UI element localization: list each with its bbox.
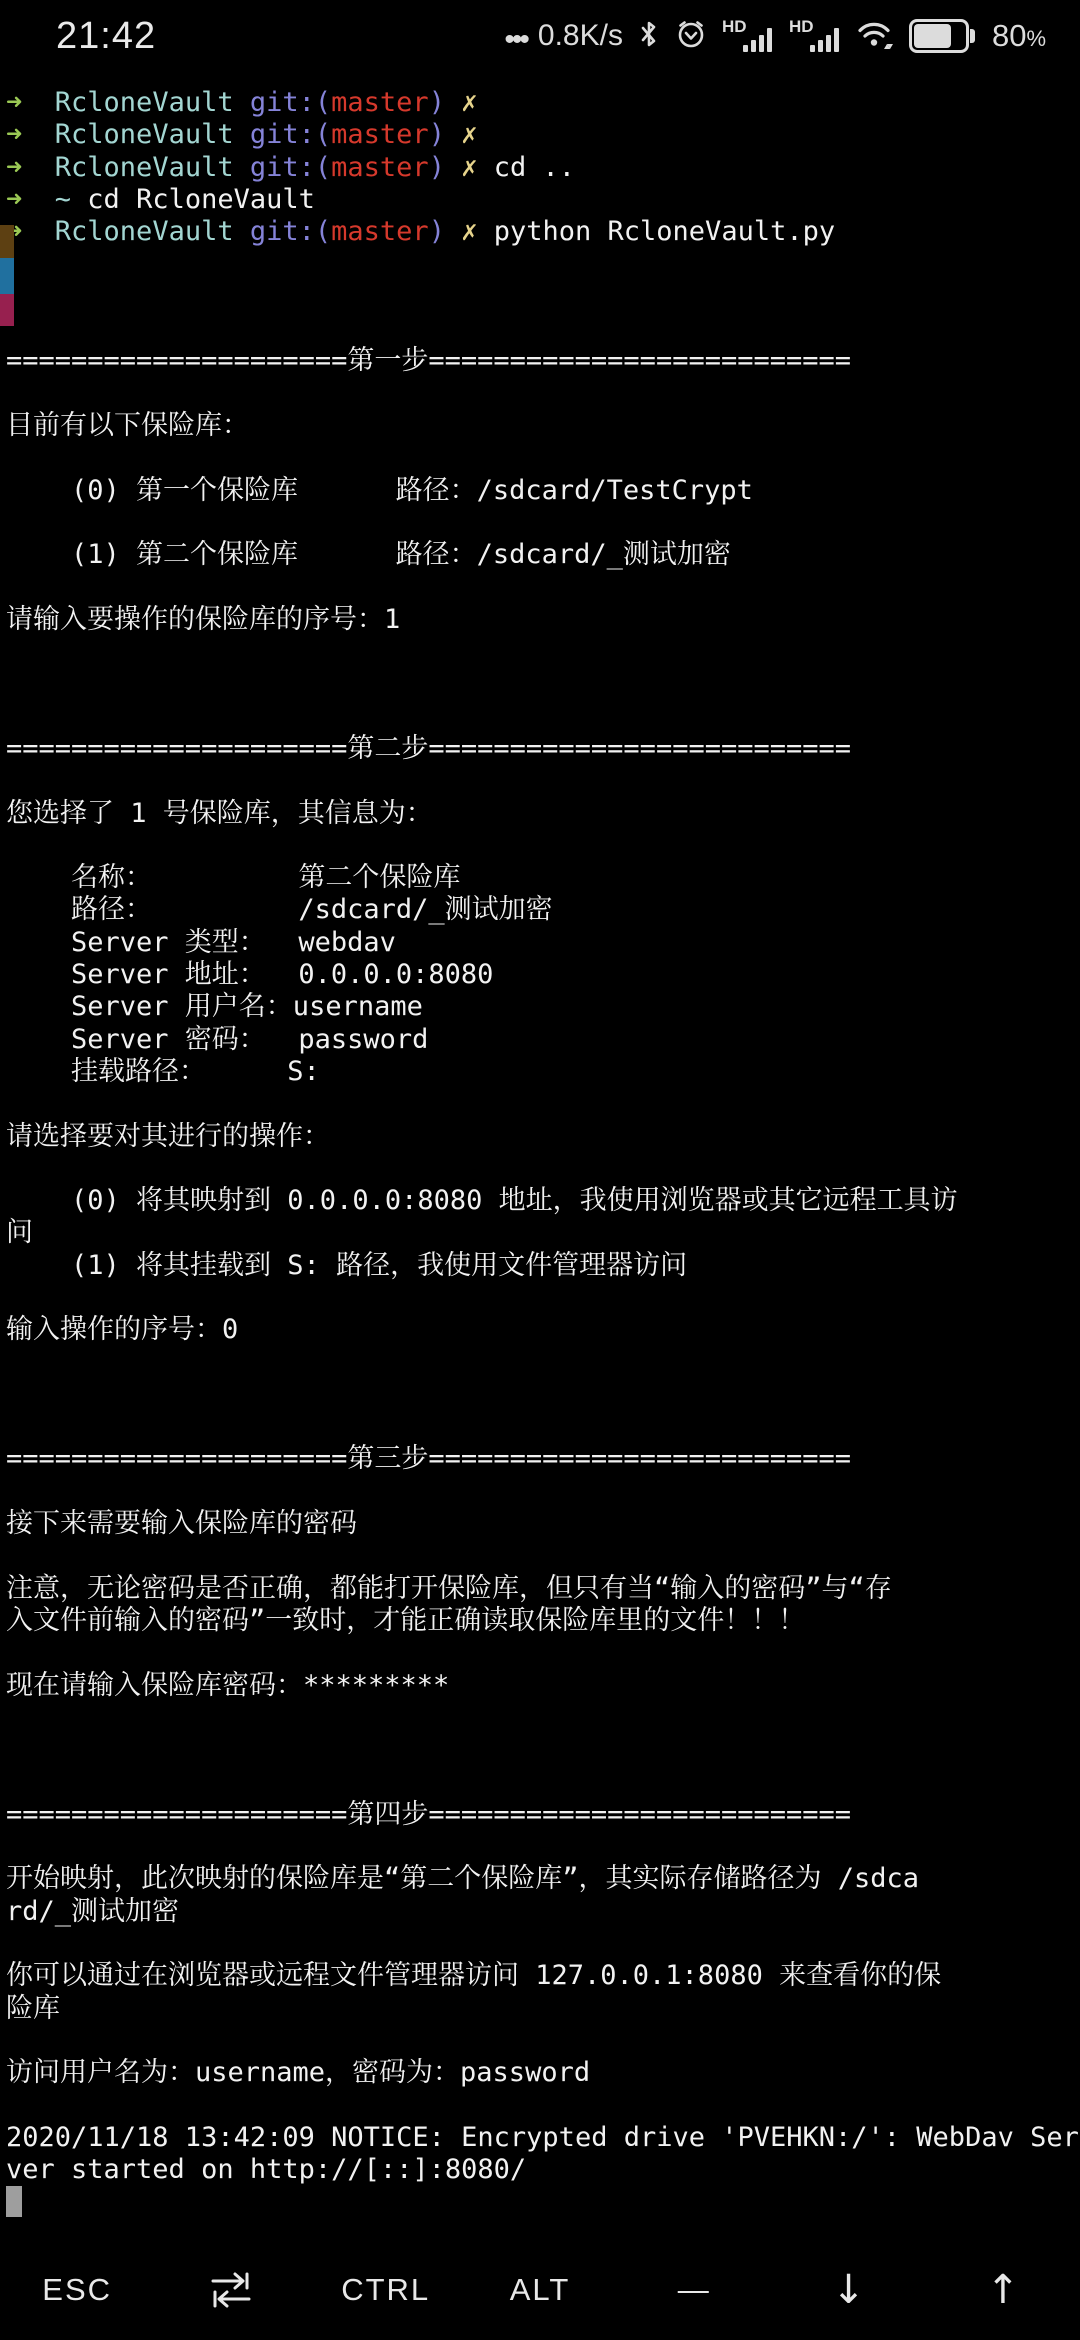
sim2-signal-icon: HD	[789, 18, 841, 54]
terminal-text-segment: ✗	[461, 216, 477, 247]
terminal-text-segment	[234, 152, 250, 183]
terminal-row: (1) 将其挂载到 S: 路径，我使用文件管理器访问	[6, 1250, 1080, 1282]
terminal-row: 请输入要操作的保险库的序号：1	[6, 604, 1080, 636]
terminal-text-segment: ✗	[461, 152, 477, 183]
terminal-row: 你可以通过在浏览器或远程文件管理器访问 127.0.0.1:8080 来查看你的…	[6, 1960, 1080, 1992]
esc-key[interactable]: ESC	[0, 2240, 154, 2340]
terminal-row	[6, 507, 1080, 539]
arrow-up-key[interactable]: ↑	[926, 2240, 1080, 2340]
terminal-row: 名称： 第二个保险库	[6, 862, 1080, 894]
terminal-row: Server 类型： webdav	[6, 927, 1080, 959]
terminal-row	[6, 1153, 1080, 1185]
terminal-text-segment: 请选择要对其进行的操作：	[6, 1121, 330, 1152]
terminal-text-segment: 请输入要操作的保险库的序号：1	[6, 604, 400, 635]
terminal-text-segment	[445, 152, 461, 183]
terminal-text-segment: 你可以通过在浏览器或远程文件管理器访问 127.0.0.1:8080 来查看你的…	[6, 1960, 941, 1991]
terminal-row	[6, 1411, 1080, 1443]
terminal-text-segment	[445, 87, 461, 118]
terminal-row: (0) 第一个保险库 路径：/sdcard/TestCrypt	[6, 475, 1080, 507]
terminal-text-segment: 挂载路径： S:	[6, 1056, 320, 1087]
terminal-row	[6, 1637, 1080, 1669]
terminal-text-segment: 开始映射，此次映射的保险库是“第二个保险库”，其实际存储路径为 /sdca	[6, 1863, 919, 1894]
terminal-text-segment: 现在请输入保险库密码：*********	[6, 1670, 449, 1701]
terminal-row: 接下来需要输入保险库的密码	[6, 1508, 1080, 1540]
terminal-text-segment: Server 密码： password	[6, 1024, 428, 1055]
tab-key[interactable]	[154, 2240, 308, 2340]
terminal-text-segment: =====================第二步================…	[6, 733, 851, 764]
terminal-row: (1) 第二个保险库 路径：/sdcard/_测试加密	[6, 539, 1080, 571]
terminal-row: ➜ RcloneVault git:(master) ✗	[6, 87, 1080, 119]
terminal-text-segment: 目前有以下保险库：	[6, 410, 249, 441]
terminal-text-segment: ✗	[461, 87, 477, 118]
terminal-text-segment: 访问用户名为：username，密码为：password	[6, 2057, 590, 2088]
terminal-text-segment: (1) 将其挂载到 S: 路径，我使用文件管理器访问	[6, 1250, 687, 1281]
terminal-row: ➜ ~ cd RcloneVault	[6, 184, 1080, 216]
terminal-text-segment	[22, 119, 55, 150]
terminal-row	[6, 1476, 1080, 1508]
sim1-signal-icon: HD	[722, 18, 774, 54]
terminal-text-segment: )	[429, 87, 445, 118]
alt-key[interactable]: ALT	[463, 2240, 617, 2340]
terminal-text-segment: git:(	[250, 119, 331, 150]
terminal-row	[6, 2089, 1080, 2121]
terminal-text-segment: )	[429, 152, 445, 183]
terminal-text-segment: ➜	[6, 87, 22, 118]
arrow-down-key[interactable]: ↓	[771, 2240, 925, 2340]
terminal-text-segment	[234, 87, 250, 118]
terminal-output: ➜ RcloneVault git:(master) ✗➜ RcloneVaul…	[0, 87, 1080, 2219]
terminal-row	[6, 765, 1080, 797]
terminal-row: 输入操作的序号：0	[6, 1314, 1080, 1346]
terminal-row: 挂载路径： S:	[6, 1056, 1080, 1088]
terminal-text-segment: 入文件前输入的密码”一致时，才能正确读取保险库里的文件！！！	[6, 1605, 805, 1636]
terminal-text-segment: (0) 第一个保险库 路径：/sdcard/TestCrypt	[6, 475, 753, 506]
ansi-color-bar	[0, 294, 14, 326]
terminal-row: 请选择要对其进行的操作：	[6, 1121, 1080, 1153]
dash-key[interactable]: —	[617, 2240, 771, 2340]
terminal-text-segment: =====================第四步================…	[6, 1799, 851, 1830]
terminal-text-segment: 注意，无论密码是否正确，都能打开保险库，但只有当“输入的密码”与“存	[6, 1573, 892, 1604]
battery-icon	[909, 19, 969, 53]
terminal-text-segment: 接下来需要输入保险库的密码	[6, 1508, 357, 1539]
status-time: 21:42	[56, 15, 156, 58]
terminal-row: 问	[6, 1217, 1080, 1249]
terminal-row	[6, 281, 1080, 313]
tab-arrows-icon	[206, 2269, 256, 2311]
phone-screen: 21:42 ••• 0.8K/s HD	[0, 0, 1080, 2340]
ansi-color-bar	[0, 225, 14, 258]
terminal-row	[6, 378, 1080, 410]
terminal-text-segment	[22, 184, 55, 215]
terminal-row: 您选择了 1 号保险库，其信息为：	[6, 798, 1080, 830]
terminal-row	[6, 830, 1080, 862]
terminal-row	[6, 1282, 1080, 1314]
terminal-text-segment: 输入操作的序号：0	[6, 1314, 238, 1345]
terminal-row	[6, 2025, 1080, 2057]
terminal-row: ver started on http://[::]:8080/	[6, 2154, 1080, 2186]
terminal-text-segment: Server 地址： 0.0.0.0:8080	[6, 959, 493, 990]
terminal-text-segment: 问	[6, 1217, 33, 1248]
network-speed: 0.8K/s	[538, 19, 623, 53]
wifi-icon	[856, 18, 894, 55]
terminal-text-segment: (0) 将其映射到 0.0.0.0:8080 地址，我使用浏览器或其它远程工具访	[6, 1185, 958, 1216]
terminal-text-segment: RcloneVault	[55, 119, 234, 150]
terminal-text-segment: master	[331, 87, 429, 118]
terminal-row	[6, 1734, 1080, 1766]
terminal-row	[6, 668, 1080, 700]
terminal-row: ➜ RcloneVault git:(master) ✗ python Rclo…	[6, 216, 1080, 248]
terminal-text-segment: ➜	[6, 152, 22, 183]
terminal-text-segment: rd/_测试加密	[6, 1896, 179, 1927]
terminal-text-segment	[22, 87, 55, 118]
terminal-text-segment: RcloneVault	[55, 87, 234, 118]
terminal-row: =====================第一步================…	[6, 345, 1080, 377]
terminal-text-segment: ✗	[461, 119, 477, 150]
terminal-row: Server 用户名：username	[6, 991, 1080, 1023]
terminal-text-segment: 名称： 第二个保险库	[6, 862, 460, 893]
terminal-row: rd/_测试加密	[6, 1896, 1080, 1928]
terminal-text-segment: RcloneVault	[55, 152, 234, 183]
terminal-row	[6, 313, 1080, 345]
terminal-row: Server 地址： 0.0.0.0:8080	[6, 959, 1080, 991]
terminal-text-segment: RcloneVault	[55, 216, 234, 247]
extra-keys-bar: ESC CTRL ALT — ↓ ↑	[0, 2240, 1080, 2340]
terminal-text-segment	[445, 119, 461, 150]
ctrl-key[interactable]: CTRL	[309, 2240, 463, 2340]
terminal-row	[6, 1088, 1080, 1120]
terminal-text-segment: master	[331, 216, 429, 247]
terminal-row: 入文件前输入的密码”一致时，才能正确读取保险库里的文件！！！	[6, 1605, 1080, 1637]
terminal-text-segment	[22, 216, 55, 247]
terminal-row: 路径： /sdcard/_测试加密	[6, 894, 1080, 926]
terminal-row	[6, 1766, 1080, 1798]
terminal-text-segment: )	[429, 119, 445, 150]
terminal-text-segment	[234, 216, 250, 247]
status-icons: ••• 0.8K/s HD	[504, 18, 1046, 55]
terminal-row: =====================第三步================…	[6, 1443, 1080, 1475]
terminal-text-segment: git:(	[250, 152, 331, 183]
terminal-row	[6, 1540, 1080, 1572]
terminal-row: 开始映射，此次映射的保险库是“第二个保险库”，其实际存储路径为 /sdca	[6, 1863, 1080, 1895]
terminal-row	[6, 571, 1080, 603]
terminal-text-segment: (1) 第二个保险库 路径：/sdcard/_测试加密	[6, 539, 731, 570]
terminal-text-segment	[22, 152, 55, 183]
terminal-text-segment: =====================第一步================…	[6, 345, 851, 376]
terminal-row	[6, 636, 1080, 668]
terminal-cursor	[6, 2186, 22, 2217]
bluetooth-icon	[638, 18, 660, 55]
terminal-text-segment: =====================第三步================…	[6, 1443, 851, 1474]
terminal-row: Server 密码： password	[6, 1024, 1080, 1056]
terminal-row	[6, 1928, 1080, 1960]
terminal-row	[6, 248, 1080, 280]
terminal-row	[6, 1702, 1080, 1734]
terminal-text-segment: python RcloneVault.py	[477, 216, 835, 247]
terminal-text-segment: Server 类型： webdav	[6, 927, 396, 958]
terminal-row: (0) 将其映射到 0.0.0.0:8080 地址，我使用浏览器或其它远程工具访	[6, 1185, 1080, 1217]
terminal-text-segment: ~	[55, 184, 71, 215]
terminal-text-segment: git:(	[250, 87, 331, 118]
terminal-text-segment: ➜	[6, 119, 22, 150]
terminal-text-segment: cd ..	[477, 152, 575, 183]
terminal-screen[interactable]: ➜ RcloneVault git:(master) ✗➜ RcloneVaul…	[0, 87, 1080, 2219]
terminal-text-segment: ver started on http://[::]:8080/	[6, 2154, 526, 2185]
terminal-row: 目前有以下保险库：	[6, 410, 1080, 442]
terminal-row	[6, 1347, 1080, 1379]
terminal-text-segment: master	[331, 152, 429, 183]
terminal-text-segment: )	[429, 216, 445, 247]
terminal-row: 现在请输入保险库密码：*********	[6, 1670, 1080, 1702]
terminal-row	[6, 2186, 1080, 2218]
terminal-text-segment: 路径： /sdcard/_测试加密	[6, 894, 553, 925]
terminal-row: =====================第二步================…	[6, 733, 1080, 765]
ansi-color-bar	[0, 258, 14, 294]
terminal-row: 2020/11/18 13:42:09 NOTICE: Encrypted dr…	[6, 2122, 1080, 2154]
terminal-text-segment	[445, 216, 461, 247]
terminal-text-segment	[234, 119, 250, 150]
terminal-row: ➜ RcloneVault git:(master) ✗	[6, 119, 1080, 151]
status-bar[interactable]: 21:42 ••• 0.8K/s HD	[0, 0, 1080, 66]
battery-percent: 80%	[992, 18, 1046, 54]
terminal-row: =====================第四步================…	[6, 1799, 1080, 1831]
terminal-text-segment: 您选择了 1 号保险库，其信息为：	[6, 798, 433, 829]
terminal-text-segment: cd RcloneVault	[71, 184, 315, 215]
terminal-row: 险库	[6, 1993, 1080, 2025]
terminal-text-segment: master	[331, 119, 429, 150]
terminal-text-segment: Server 用户名：username	[6, 991, 423, 1022]
notification-dots-icon: •••	[504, 25, 527, 55]
terminal-row	[6, 1379, 1080, 1411]
terminal-row	[6, 701, 1080, 733]
terminal-row: ➜ RcloneVault git:(master) ✗ cd ..	[6, 152, 1080, 184]
terminal-row	[6, 442, 1080, 474]
terminal-text-segment: 险库	[6, 1993, 60, 2024]
terminal-row: 注意，无论密码是否正确，都能打开保险库，但只有当“输入的密码”与“存	[6, 1573, 1080, 1605]
terminal-row	[6, 1831, 1080, 1863]
terminal-row: 访问用户名为：username，密码为：password	[6, 2057, 1080, 2089]
terminal-text-segment: ➜	[6, 184, 22, 215]
alarm-clock-icon	[675, 18, 707, 55]
terminal-text-segment: 2020/11/18 13:42:09 NOTICE: Encrypted dr…	[6, 2122, 1079, 2153]
terminal-text-segment: git:(	[250, 216, 331, 247]
